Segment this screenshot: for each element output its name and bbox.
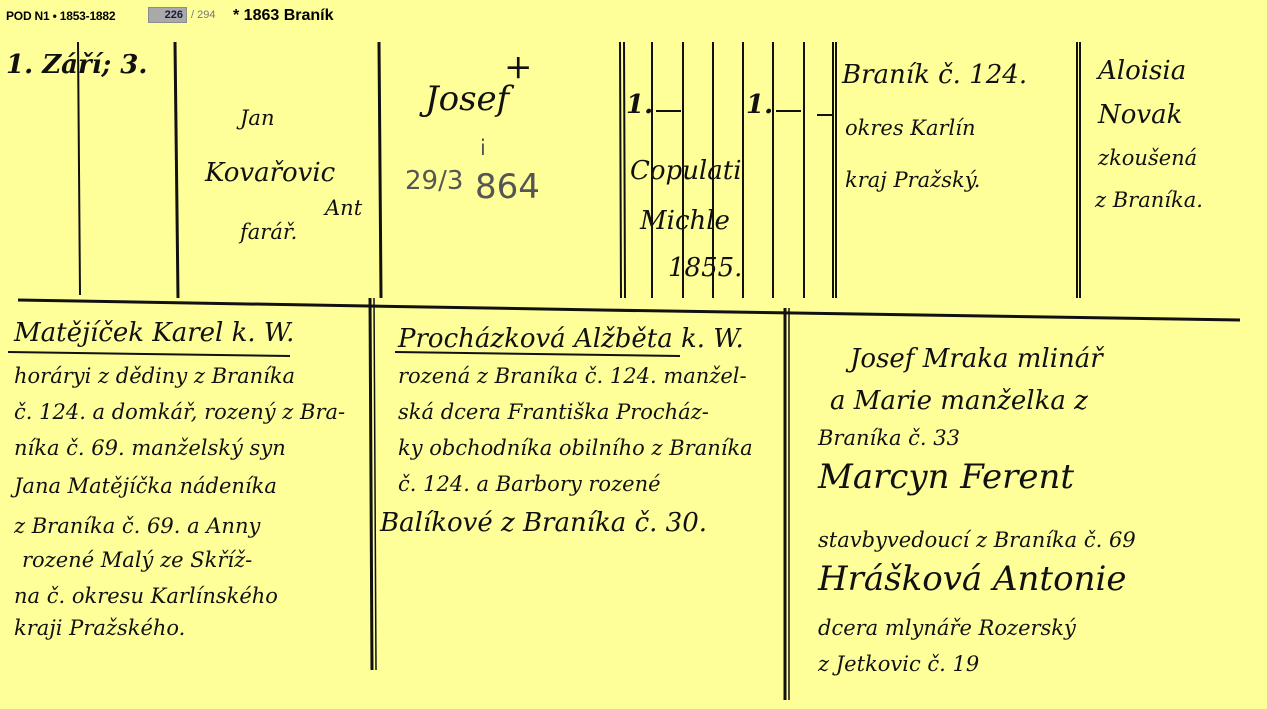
record-title: * 1863 Braník [233, 7, 334, 25]
father-line-6: z Braníka č. 69. a Anny [14, 516, 260, 537]
godparents-line-1: Josef Mraka mlinář [850, 346, 1103, 372]
residence-line-1: Braník č. 124. [842, 62, 1027, 88]
page-number-input[interactable] [148, 7, 187, 23]
father-line-8: na č. okresu Karlínského [14, 586, 278, 607]
priest-mark: Ant [325, 198, 362, 219]
legitimacy-line-1: Copulati [630, 158, 742, 184]
entry-date: 1. Září; 3. [6, 52, 147, 78]
priest-name-line-3: farář. [240, 222, 297, 243]
godparents-line-7: dcera mlynáře Rozerský [818, 618, 1076, 639]
midwife-line-3: zkoušená [1098, 148, 1197, 169]
book-label: POD N1 • 1853-1882 [6, 9, 115, 23]
godparents-line-2: a Marie manželka z [830, 388, 1088, 414]
godparents-line-3: Braníka č. 33 [818, 428, 960, 449]
mother-line-3: ská dcera Františka Procház- [398, 402, 709, 423]
mother-line-4: ky obchodníka obilního z Braníka [398, 438, 753, 459]
child-name: Josef [425, 82, 509, 116]
father-line-7: rozené Malý ze Skříž- [22, 550, 252, 571]
legitimacy-line-2: Michle [640, 208, 730, 234]
godparents-line-5: stavbyvedoucí z Braníka č. 69 [818, 530, 1136, 551]
father-line-5: Jana Matějíčka nádeníka [14, 476, 277, 497]
mother-line-2: rozená z Braníka č. 124. manžel- [398, 366, 747, 387]
priest-name-line-2: Kovařovic [205, 160, 335, 186]
page-total: / 294 [191, 9, 215, 21]
tick-mark-2: 1. [746, 92, 773, 118]
godparents-line-8: z Jetkovic č. 19 [818, 654, 979, 675]
pencil-note-year: 864 [475, 170, 540, 204]
midwife-line-4: z Braníka. [1095, 190, 1203, 211]
father-line-3: č. 124. a domkář, rozený z Bra- [14, 402, 345, 423]
godparents-line-6: Hrášková Antonie [818, 562, 1126, 596]
mother-line-1: Procházková Alžběta k. W. [398, 326, 744, 352]
father-line-9: kraji Pražského. [14, 618, 185, 639]
tick-mark-1: 1. [626, 92, 653, 118]
mother-line-6: Balíkové z Braníka č. 30. [380, 510, 707, 536]
father-line-1: Matějíček Karel k. W. [14, 320, 294, 346]
register-scan-image: 1. Září; 3. Jan Kovařovic Ant farář. + J… [0, 30, 1267, 709]
pencil-mark: i [480, 138, 486, 159]
legitimacy-line-3: 1855. [668, 255, 742, 281]
residence-line-2: okres Karlín [845, 118, 976, 139]
father-line-4: níka č. 69. manželský syn [14, 438, 286, 459]
pencil-note-fraction: 29/3 [405, 168, 463, 194]
viewer-toolbar: POD N1 • 1853-1882 / 294 * 1863 Braník [0, 0, 1267, 32]
midwife-line-1: Aloisia [1098, 58, 1186, 84]
residence-line-3: kraj Pražský. [845, 170, 980, 191]
mother-line-5: č. 124. a Barbory rozené [398, 474, 661, 495]
priest-name-line-1: Jan [240, 108, 274, 129]
father-line-2: horáryi z dědiny z Braníka [14, 366, 295, 387]
godparents-line-4: Marcyn Ferent [818, 460, 1074, 494]
midwife-line-2: Novak [1098, 102, 1182, 128]
